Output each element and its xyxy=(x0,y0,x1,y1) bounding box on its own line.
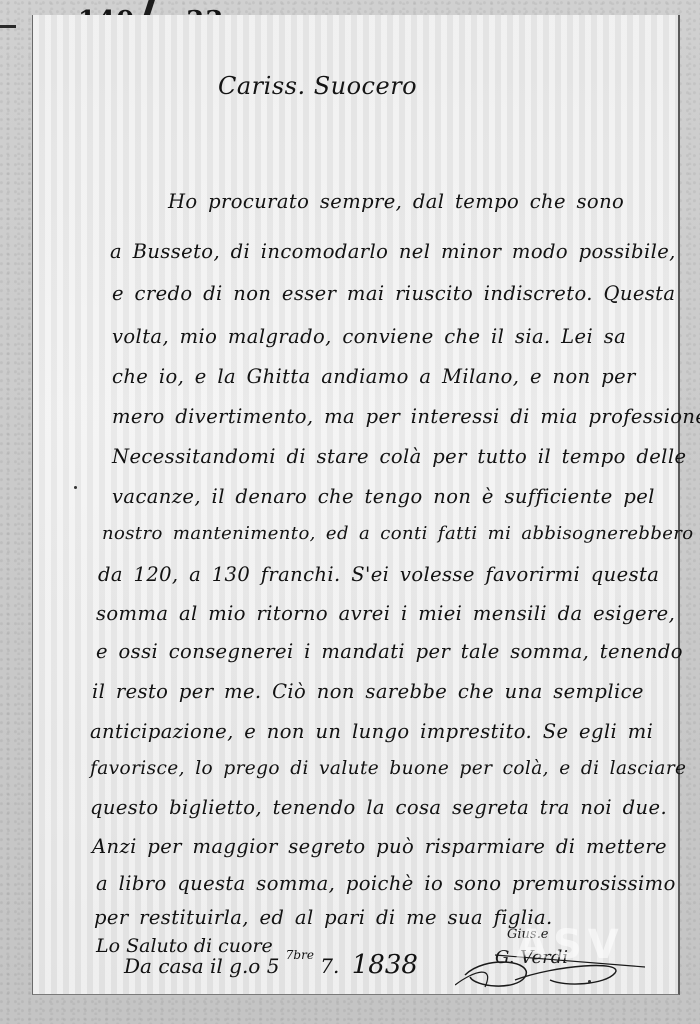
letter-line: questo biglietto, tenendo la cosa segret… xyxy=(90,796,667,819)
signature-first-name: Gius.e xyxy=(507,927,548,942)
margin-dash xyxy=(0,25,16,28)
letter-line: Necessitandomi di stare colà per tutto i… xyxy=(112,445,686,468)
letter-line: e ossi consegnerei i mandati per tale so… xyxy=(96,640,683,663)
letter-line: Ho procurato sempre, dal tempo che sono xyxy=(168,190,624,213)
letter-line: vacanze, il denaro che tengo non è suffi… xyxy=(112,485,655,508)
date-month-abbr: 7. xyxy=(320,954,339,978)
letter-line: il resto per me. Ciò non sarebbe che una… xyxy=(92,680,644,703)
letter-line: nostro mantenimento, ed a conti fatti mi… xyxy=(102,523,694,544)
letter-date: Da casa il g.o 5 7bre 7. 1838 xyxy=(124,948,418,980)
letter-line: a Busseto, di incomodarlo nel minor modo… xyxy=(110,240,676,263)
letter-line: da 120, a 130 franchi. S'ei volesse favo… xyxy=(98,563,659,586)
letter-line: volta, mio malgrado, conviene che il sia… xyxy=(112,325,626,348)
ink-spot xyxy=(74,486,77,489)
date-month: 7bre xyxy=(286,948,314,962)
letter-line: e credo di non esser mai riuscito indisc… xyxy=(112,282,675,305)
letter-salutation: Cariss. Suocero xyxy=(218,72,417,100)
date-year: 1838 xyxy=(352,950,418,980)
letter-line: Anzi per maggior segreto può risparmiare… xyxy=(92,835,667,858)
signature-name: G. Verdi xyxy=(495,947,568,968)
letter-line: a libro questa somma, poichè io sono pre… xyxy=(96,872,676,895)
signature: Gius.e G. Verdi xyxy=(455,925,645,995)
letter-line: mero divertimento, ma per interessi di m… xyxy=(112,405,700,428)
letter-line: favorisce, lo prego di valute buone per … xyxy=(90,758,686,779)
letter-line: anticipazione, e non un lungo imprestito… xyxy=(90,720,653,743)
letter-line: somma al mio ritorno avrei i miei mensil… xyxy=(96,602,675,625)
date-place: Da casa il g.o 5 xyxy=(124,954,279,978)
letter-line: che io, e la Ghitta andiamo a Milano, e … xyxy=(112,365,636,388)
